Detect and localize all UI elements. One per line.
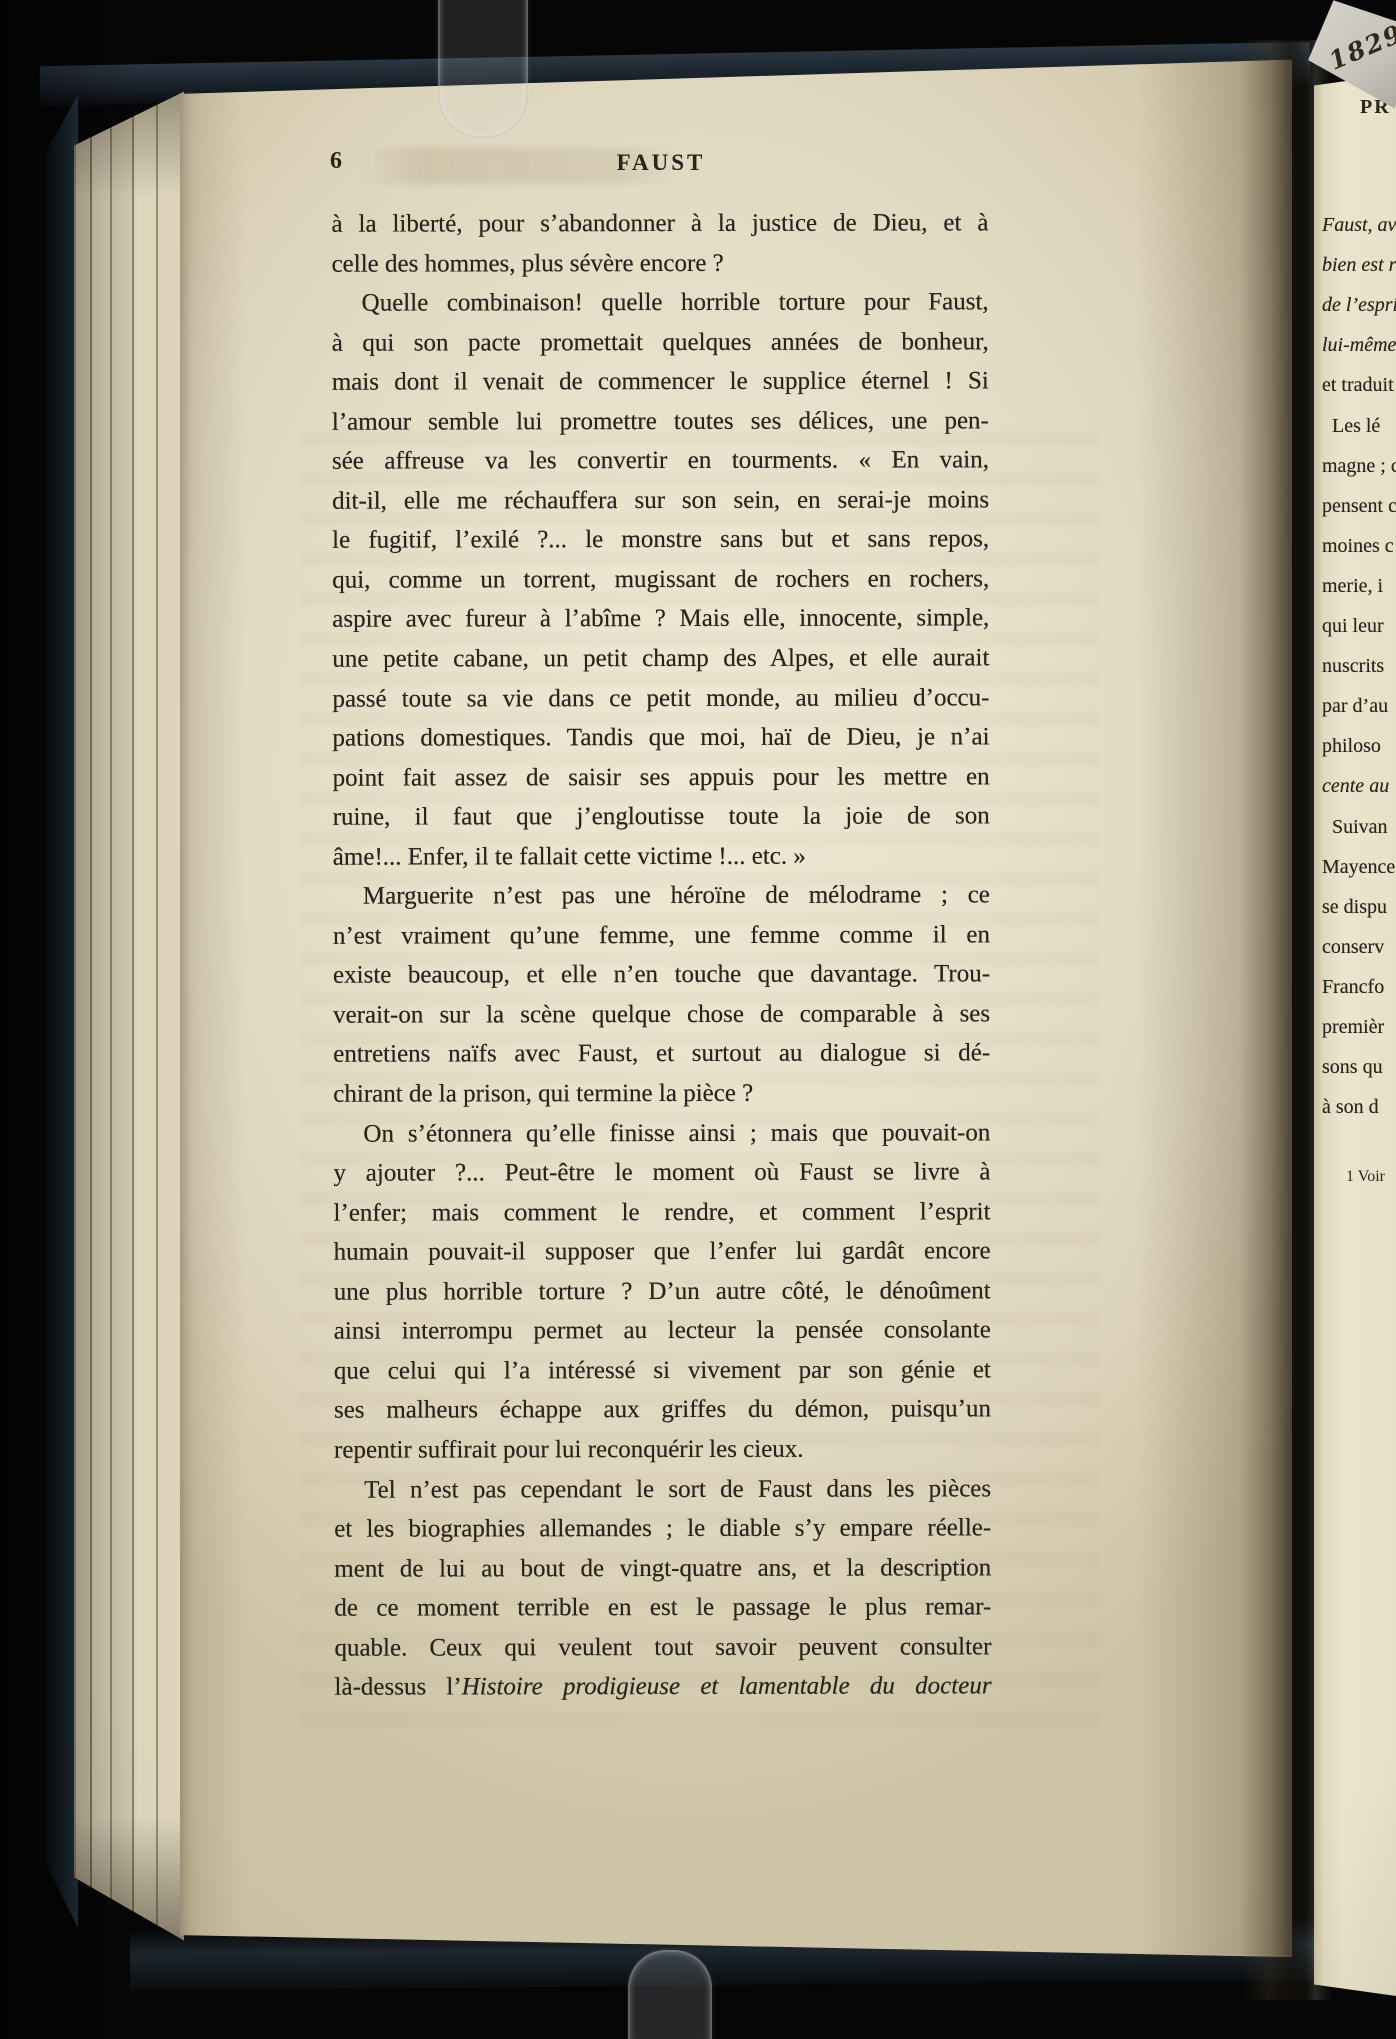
text-line: pations domestiques. Tandis que moi, haï… <box>333 717 990 758</box>
right-page-text-block: Faust, avbien est rde l’esprilui-même,et… <box>1314 0 1396 2039</box>
text-line: qui, comme un torrent, mugissant de roch… <box>332 559 989 600</box>
text-line: passé toute sa vie dans ce petit monde, … <box>332 678 989 719</box>
text-line: là-dessus l’Histoire prodigieuse et lame… <box>334 1667 991 1708</box>
text-line: moines c <box>1322 534 1394 558</box>
text-line: par d’au <box>1322 694 1388 718</box>
text-line: ruine, il faut que j’engloutisse toute l… <box>333 797 990 838</box>
text-line: une petite cabane, un petit champ des Al… <box>332 638 989 679</box>
text-line: n’est vraiment qu’une femme, une femme c… <box>333 915 990 956</box>
text-line: nuscrits <box>1322 654 1384 678</box>
text-line: Faust, av <box>1322 213 1396 237</box>
text-line: Suivan <box>1332 815 1388 839</box>
text-line: sée affreuse va les convertir en tourmen… <box>332 441 989 482</box>
text-line: sons qu <box>1322 1055 1383 1079</box>
text-line: ment de lui au bout de vingt-quatre ans,… <box>334 1548 991 1589</box>
page-holder-clip-top <box>438 0 528 138</box>
text-line: l’amour semble lui promettre toutes ses … <box>332 401 989 442</box>
text-line: pensent c <box>1322 494 1396 518</box>
text-line: dit-il, elle me réchauffera sur son sein… <box>332 480 989 521</box>
text-line: Francfo <box>1322 975 1384 999</box>
text-line: quable. Ceux qui veulent tout savoir peu… <box>334 1627 991 1668</box>
text-line: qui leur <box>1322 614 1384 638</box>
text-line: ainsi interrompu permet au lecteur la pe… <box>334 1311 991 1352</box>
text-line: et traduit <box>1322 373 1394 397</box>
text-line: Quelle combinaison! quelle horrible tort… <box>332 282 989 323</box>
text-line: On s’étonnera qu’elle finisse ainsi ; ma… <box>333 1113 990 1154</box>
text-line: à son d <box>1322 1095 1379 1119</box>
text-line: Les lé <box>1332 414 1380 438</box>
text-line: de l’espri <box>1322 293 1396 317</box>
text-line: magne ; c <box>1322 454 1396 478</box>
running-title: FAUST <box>561 150 761 176</box>
text-line: y ajouter ?... Peut-être le moment où Fa… <box>333 1152 990 1193</box>
text-line: merie, i <box>1322 574 1383 598</box>
text-line: aspire avec fureur à l’abîme ? Mais elle… <box>332 599 989 640</box>
text-line: bien est r <box>1322 253 1396 277</box>
page-stack-fore-edges <box>74 86 184 1948</box>
text-line: Mayence <box>1322 855 1395 879</box>
text-line: repentir suffirait pour lui reconquérir … <box>334 1429 991 1470</box>
text-line: le fugitif, l’exilé ?... le monstre sans… <box>332 520 989 561</box>
text-line: une plus horrible torture ? D’un autre c… <box>334 1271 991 1312</box>
text-line: et les biographies allemandes ; le diabl… <box>334 1508 991 1549</box>
text-line: existe beaucoup, et elle n’en touche que… <box>333 955 990 996</box>
text-line: point fait assez de saisir ses appuis po… <box>333 757 990 798</box>
text-line: philoso <box>1322 734 1381 758</box>
text-line: humain pouvait-il supposer que l’enfer l… <box>334 1232 991 1273</box>
text-line: ses malheurs échappe aux griffes du démo… <box>334 1390 991 1431</box>
text-line: lui-même, <box>1322 333 1396 357</box>
text-line: de ce moment terrible en est le passage … <box>334 1587 991 1628</box>
text-line: l’enfer; mais comment le rendre, et comm… <box>333 1192 990 1233</box>
text-line: que celui qui l’a intéressé si vivement … <box>334 1350 991 1391</box>
text-line: chirant de la prison, qui termine la piè… <box>333 1073 990 1114</box>
text-line: conserv <box>1322 935 1384 959</box>
book-photo: 6 FAUST à la liberté, pour s’abandonner … <box>0 0 1396 2039</box>
left-page: 6 FAUST à la liberté, pour s’abandonner … <box>180 52 1292 1957</box>
page-number: 6 <box>330 148 343 175</box>
text-line: entretiens naïfs avec Faust, et surtout … <box>333 1034 990 1075</box>
text-line: verait-on sur la scène quelque chose de … <box>333 994 990 1035</box>
page-holder-clip-bottom <box>628 1950 712 2039</box>
left-page-text-block: à la liberté, pour s’abandonner à la jus… <box>331 203 991 1707</box>
handwritten-date-text: 1829 <box>1325 19 1396 76</box>
text-line: celle des hommes, plus sévère encore ? <box>332 243 989 284</box>
text-line: âme!... Enfer, il te fallait cette victi… <box>333 836 990 877</box>
book-cover-spine-edge <box>46 76 78 1958</box>
text-line: Tel n’est pas cependant le sort de Faust… <box>334 1469 991 1510</box>
text-line: à la liberté, pour s’abandonner à la jus… <box>331 203 988 244</box>
text-line: à qui son pacte promettait quelques anné… <box>332 322 989 363</box>
text-line: cente au <box>1322 774 1389 798</box>
right-page-footnote-fragment: 1 Voir <box>1346 1168 1385 1186</box>
text-line: Marguerite n’est pas une héroïne de mélo… <box>333 876 990 917</box>
text-line: se dispu <box>1322 895 1387 919</box>
text-line: mais dont il venait de commencer le supp… <box>332 362 989 403</box>
text-line: premièr <box>1322 1015 1384 1039</box>
